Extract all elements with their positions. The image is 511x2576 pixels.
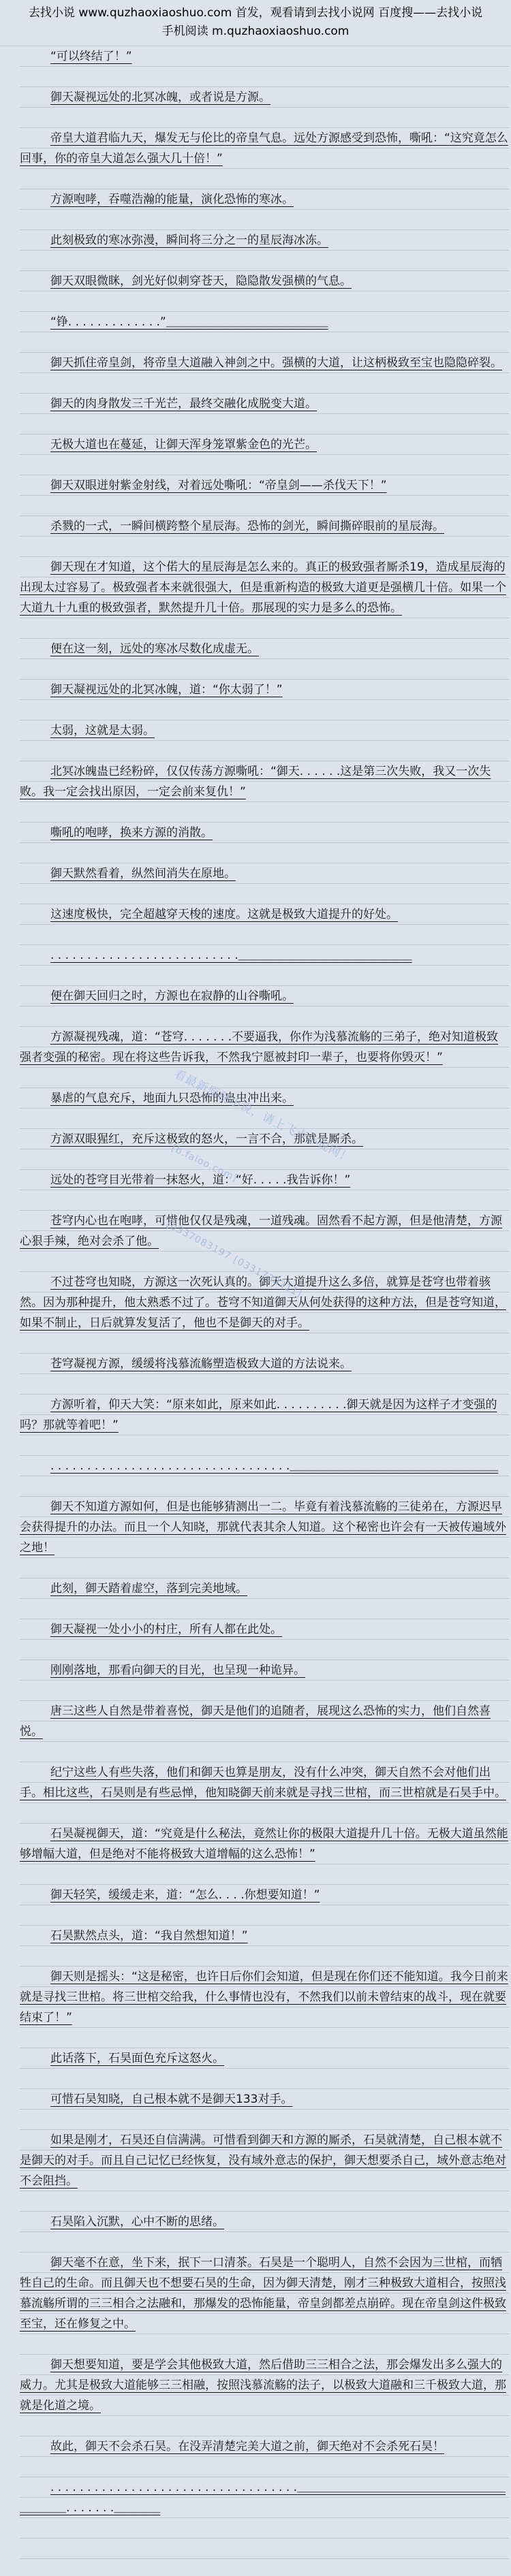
paragraph: 无极大道也在蔓延，让御天浑身笼罩紫金色的光芒。 [20, 434, 509, 455]
paragraph: 方源听着，仰天大笑：“原来如此，原来如此. . . . . . . . . .御… [20, 1395, 509, 1435]
paragraph: 御天现在才知道，这个偌大的星辰海是怎么来的。真正的极致强者厮杀19，造成星辰海的… [20, 557, 509, 618]
paragraph: 御天默然看着，纵然间消失在原地。 [20, 863, 509, 884]
paragraph: 石昊凝视御天，道：“究竟是什么秘法，竟然让你的极限大道提升几十倍。无极大道虽然能… [20, 1824, 509, 1864]
paragraph: 御天双眼迸射紫金射线，对着远处嘶吼：“帝皇剑——杀伐天下！” [20, 475, 509, 496]
paragraph: 御天想要知道，要是学会其他极致大道，然后借助三三相合之法，那会爆发出多么强大的威… [20, 2355, 509, 2416]
paragraph: 御天不知道方源如何，但是也能够猜测出一二。毕竟有着浅慕流觞的三徒弟在，方源迟早会… [20, 1497, 509, 1558]
paragraph: 嘶吼的咆哮，换来方源的消散。 [20, 823, 509, 843]
paragraph: 太弱，这就是太弱。 [20, 720, 509, 741]
paragraph: 便在这一刻，远处的寒冰尽数化成虚无。 [20, 639, 509, 659]
paragraph: 御天毫不在意，坐下来，抿下一口清茶。石昊是一个聪明人，自然不会因为三世棺，而牺牲… [20, 2253, 509, 2334]
paragraph: 御天凝视一处小小的村庄，所有人都在此处。 [20, 1619, 509, 1640]
novel-content: “可以终结了！”御天凝视远处的北冥冰魄，或者说是方源。帝皇大道君临九天，爆发无与… [20, 46, 509, 2566]
paragraph: “可以终结了！” [20, 46, 509, 67]
paragraph: 方源凝视残魂，道：“苍穹. . . . . . .不要逼我，你作为浅慕流觞的三弟… [20, 1027, 509, 1068]
paragraph: 御天轻笑，缓缓走来，道：“怎么. . . .你想要知道！” [20, 1885, 509, 1905]
separator-line: . . . . . . . . . . . . . . . . . . . . … [20, 1456, 509, 1476]
paragraph: 御天凝视远处的北冥冰魄，或者说是方源。 [20, 87, 509, 108]
paragraph: 如果是刚才，石昊还自信满满。可惜看到御天和方源的厮杀，石昊就清楚，自己根本就不是… [20, 2130, 509, 2191]
paragraph: 苍穹凝视方源，缓缓将浅慕流觞塑造极致大道的方法说来。 [20, 1354, 509, 1374]
paragraph: “铮. . . . . . . . . . . . .”＿＿＿＿＿＿＿＿＿＿＿＿… [20, 312, 509, 332]
paragraph: 北冥冰魄蛊已经粉碎，仅仅传荡方源嘶吼：“御天. . . . . .这是第三次失败… [20, 761, 509, 802]
paragraph: 杀戮的一式，一瞬间横跨整个星辰海。恐怖的剑光，瞬间撕碎眼前的星辰海。 [20, 516, 509, 537]
separator-line: . . . . . . . . . . . . . . . . . . . . … [20, 2477, 509, 2518]
paragraph: 此刻极致的寒冰弥漫，瞬间将三分之一的星辰海冰冻。 [20, 230, 509, 251]
paragraph: 石昊陷入沉默，心中不断的思绪。 [20, 2212, 509, 2232]
paragraph: 苍穹内心也在咆哮，可惜他仅仅是残魂，一道残魂。固然看不起方源，但是他清楚，方源心… [20, 1211, 509, 1252]
paragraph: 帝皇大道君临九天，爆发无与伦比的帝皇气息。远处方源感受到恐怖，嘶吼：“这究竟怎么… [20, 128, 509, 169]
paragraph: 御天的肉身散发三千光芒，最终交融化成脱变大道。 [20, 394, 509, 414]
paragraph: 方源双眼猩红，充斥这极致的怒火，一言不合，那就是厮杀。 [20, 1129, 509, 1149]
paragraph: 此话落下，石昊面色充斥这怒火。 [20, 2048, 509, 2069]
paragraph: 此刻，御天踏着虚空，落到完美地域。 [20, 1578, 509, 1599]
paragraph: 石昊默然点头，道：“我自然想知道！” [20, 1926, 509, 1946]
paragraph: 御天抓住帝皇剑，将帝皇大道融入神剑之中。强横的大道，让这柄极致至宝也隐隐碎裂。 [20, 353, 509, 373]
paragraph: 御天凝视远处的北冥冰魄，道：“你太弱了！” [20, 680, 509, 700]
paragraph: 方源咆哮，吞噬浩瀚的能量，演化恐怖的寒冰。 [20, 189, 509, 210]
paragraph: 暴虐的气息充斥，地面九只恐怖的蛊虫冲出来。 [20, 1088, 509, 1109]
paragraph: 可惜石昊知晓，自己根本就不是御天133对手。 [20, 2089, 509, 2110]
site-header-line2: 手机阅读 m.quzhaoxiaoshuo.com [0, 22, 511, 41]
site-header-line1: 去找小说 www.quzhaoxiaoshuo.com 首发，观看请到去找小说网… [0, 4, 511, 22]
paragraph: 远处的苍穹目光带着一抹怒火，道：“好. . . . .我告诉你！” [20, 1170, 509, 1190]
paragraph: 不过苍穹也知晓，方源这一次死认真的。御天大道提升这么多倍，就算是苍穹也带着骇然。… [20, 1272, 509, 1333]
novel-reader-page: 去找小说 www.quzhaoxiaoshuo.com 首发，观看请到去找小说网… [0, 0, 511, 2576]
paragraph: 御天则是摇头：“这是秘密，也许日后你们会知道，但是现在你们还不能知道。我今日前来… [20, 1967, 509, 2028]
paragraph: 便在御天回归之时，方源也在寂静的山谷嘶吼。 [20, 986, 509, 1006]
paragraph: 这速度极快，完全超越穿天梭的速度。这就是极致大道提升的好处。 [20, 904, 509, 925]
separator-line: . . . . . . . . . . . . . . . . . . . . … [20, 945, 509, 966]
paragraph: 刚刚落地，那看向御天的目光，也呈现一种诡异。 [20, 1660, 509, 1681]
paragraph: 唐三这些人自然是带着喜悦，御天是他们的追随者，展现这么恐怖的实力，他们自然喜悦。 [20, 1701, 509, 1742]
paragraph: 故此，御天不会杀石昊。在没弄清楚完美大道之前，御天绝对不会杀死石昊！ [20, 2436, 509, 2457]
paragraph: 御天双眼微眯，剑光好似刺穿苍天，隐隐散发强横的气息。 [20, 271, 509, 291]
paragraph: 纪宁这些人有些失落，他们和御天也算是朋友，没有什么冲突，御天自然不会对他们出手。… [20, 1762, 509, 1803]
site-header: 去找小说 www.quzhaoxiaoshuo.com 首发，观看请到去找小说网… [0, 0, 511, 46]
